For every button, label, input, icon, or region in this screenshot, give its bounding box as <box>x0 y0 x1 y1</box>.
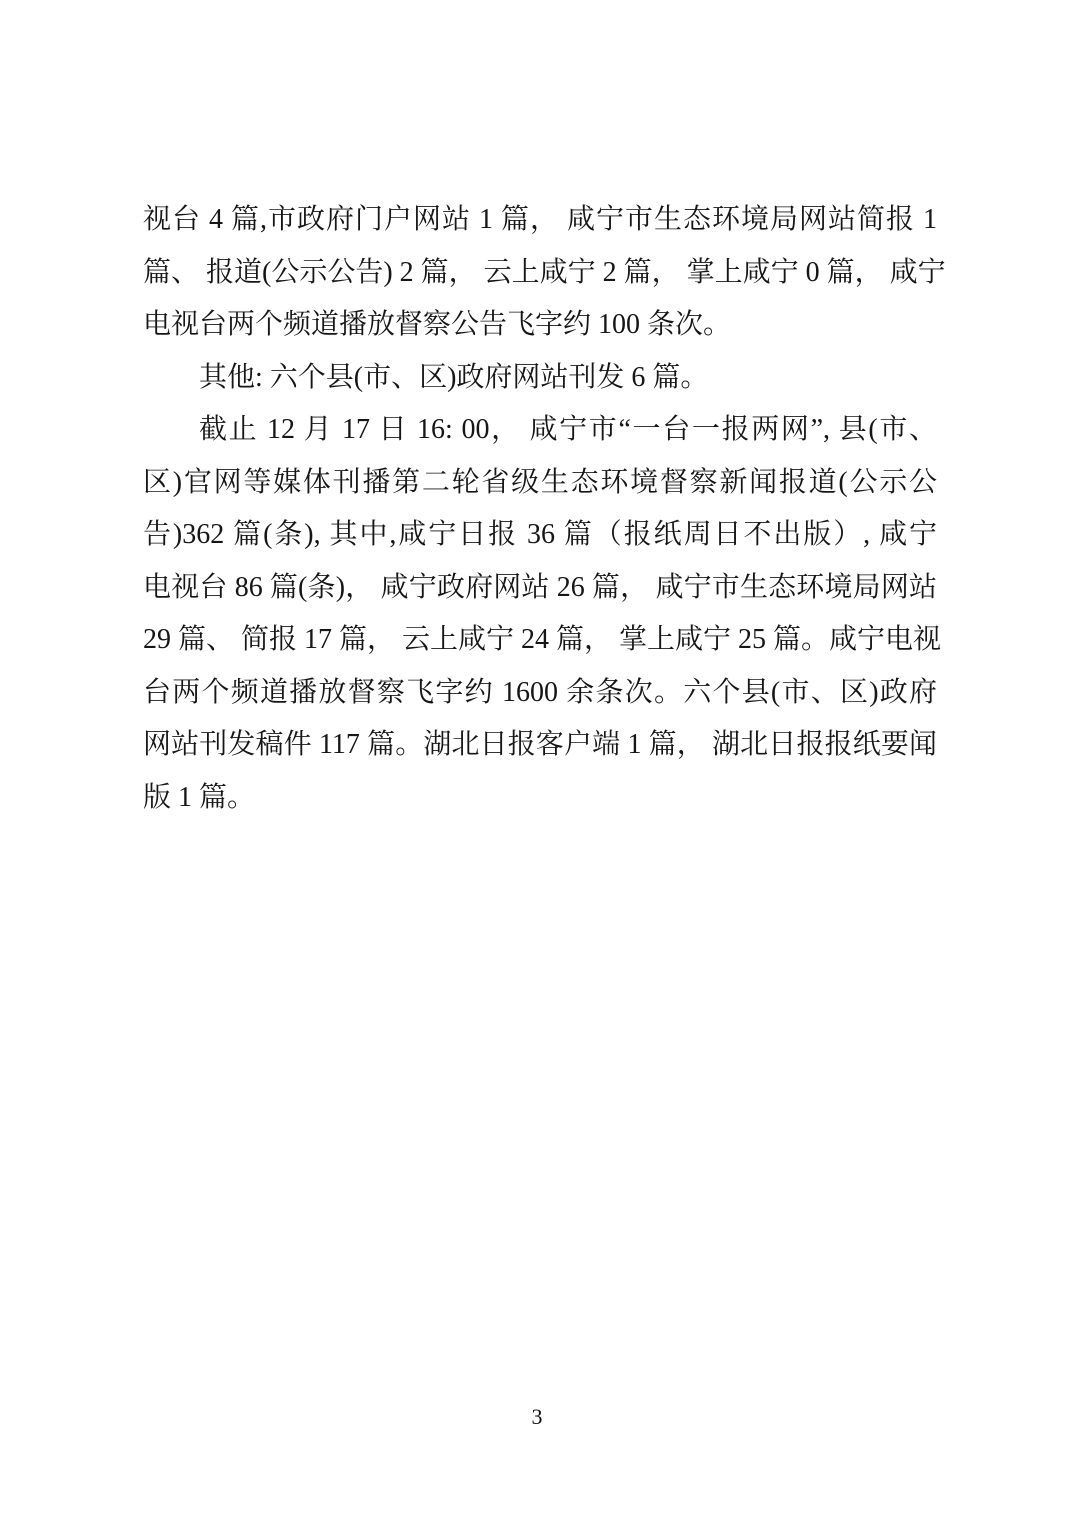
text-line: 区)官网等媒体刊播第二轮省级生态环境督察新闻报道(公示公 <box>143 457 937 510</box>
text-line: 网站刊发稿件 117 篇。湖北日报客户端 1 篇， 湖北日报报纸要闻 <box>143 719 937 772</box>
document-body: 视台 4 篇,市政府门户网站 1 篇， 咸宁市生态环境局网站简报 1 篇、 报道… <box>143 194 937 824</box>
page-number: 3 <box>0 1404 1074 1430</box>
text-line: 篇、 报道(公示公告) 2 篇， 云上咸宁 2 篇， 掌上咸宁 0 篇， 咸宁 <box>143 247 937 300</box>
text-line: 其他: 六个县(市、区)政府网站刊发 6 篇。 <box>143 352 937 405</box>
text-line: 截止 12 月 17 日 16: 00， 咸宁市“一台一报两网”, 县(市、 <box>143 404 937 457</box>
text-line: 台两个频道播放督察飞字约 1600 余条次。六个县(市、区)政府 <box>143 667 937 720</box>
text-line: 电视台 86 篇(条)， 咸宁政府网站 26 篇， 咸宁市生态环境局网站 <box>143 562 937 615</box>
text-line: 告)362 篇(条), 其中,咸宁日报 36 篇（报纸周日不出版）, 咸宁 <box>143 509 937 562</box>
document-page: 视台 4 篇,市政府门户网站 1 篇， 咸宁市生态环境局网站简报 1 篇、 报道… <box>0 0 1074 1520</box>
text-line: 视台 4 篇,市政府门户网站 1 篇， 咸宁市生态环境局网站简报 1 <box>143 194 937 247</box>
text-line: 29 篇、 简报 17 篇， 云上咸宁 24 篇， 掌上咸宁 25 篇。咸宁电视 <box>143 614 937 667</box>
text-line: 版 1 篇。 <box>143 772 937 825</box>
text-line: 电视台两个频道播放督察公告飞字约 100 条次。 <box>143 299 937 352</box>
